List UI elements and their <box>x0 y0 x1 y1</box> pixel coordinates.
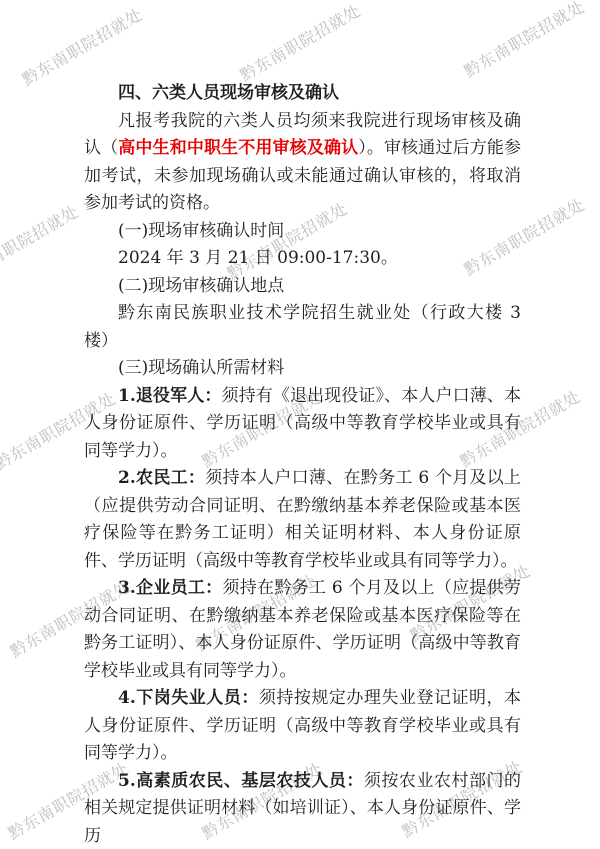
material-item-laid-off-unemployed-label: 4.下岗失业人员： <box>118 688 259 708</box>
watermark-text: 黔东南职院招就处 <box>235 0 364 86</box>
material-item-farmer-agrotechnician: 5.高素质农民、基层农技人员：须按农业农村部门的相关规定提供证明材料（如培训证）… <box>84 768 521 849</box>
material-item-enterprise-employee: 3.企业员工：须持在黔务工 6 个月及以上（应提供劳动合同证明、在黔缴纳基本养老… <box>84 575 521 685</box>
material-item-veteran-label: 1.退役军人： <box>118 386 221 406</box>
intro-highlight-red-text: 高中生和中职生不用审核及确认 <box>118 138 358 158</box>
document-content: 四、六类人员现场审核及确认 凡报考我院的六类人员均须来我院进行现场审核及确认（高… <box>84 80 521 849</box>
watermark-text: 黔东南职院招就处 <box>459 0 588 82</box>
intro-paragraph: 凡报考我院的六类人员均须来我院进行现场审核及确认（高中生和中职生不用审核及确认）… <box>84 108 521 218</box>
material-item-laid-off-unemployed: 4.下岗失业人员：须持按规定办理失业登记证明，本人身份证原件、学历证明（高级中等… <box>84 685 521 768</box>
section-3-title: (三)现场确认所需材料 <box>84 355 521 383</box>
watermark-text: 黔东南职院招就处 <box>17 2 146 90</box>
document-page: 黔东南职院招就处 黔东南职院招就处 黔东南职院招就处 黔东南职院招就处 黔东南职… <box>0 0 600 849</box>
material-item-migrant-worker-label: 2.农民工： <box>118 468 205 488</box>
section-1-title: (一)现场审核确认时间 <box>84 218 521 246</box>
document-heading: 四、六类人员现场审核及确认 <box>84 80 521 108</box>
section-1-body: 2024 年 3 月 21 日 09:00-17:30。 <box>84 245 521 273</box>
material-item-migrant-worker: 2.农民工：须持本人户口薄、在黔务工 6 个月及以上（应提供劳动合同证明、在黔缴… <box>84 465 521 575</box>
section-2-title: (二)现场审核确认地点 <box>84 273 521 301</box>
material-item-veteran: 1.退役军人：须持有《退出现役证》、本人户口薄、本人身份证原件、学历证明（高级中… <box>84 383 521 466</box>
watermark-text: 黔东南职院招就处 <box>0 199 83 287</box>
section-2-body: 黔东南民族职业技术学院招生就业处（行政大楼 3 楼） <box>84 300 521 355</box>
material-item-enterprise-employee-label: 3.企业员工： <box>118 578 222 598</box>
material-item-farmer-agrotechnician-label: 5.高素质农民、基层农技人员： <box>118 771 364 791</box>
